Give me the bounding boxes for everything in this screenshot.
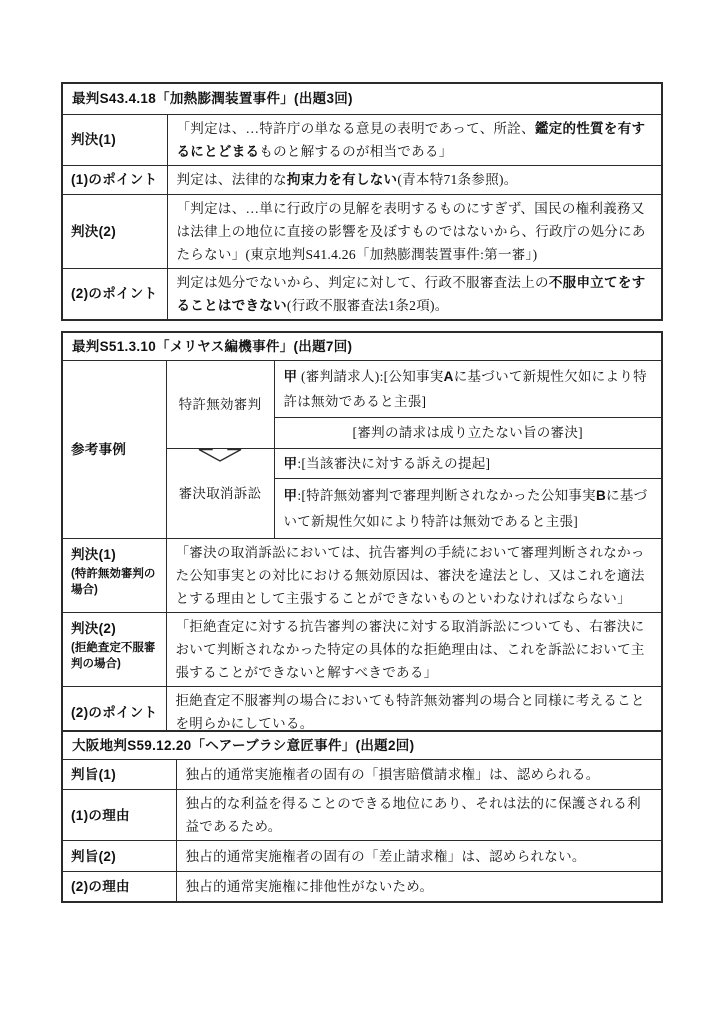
row-content-judgment-2: 「拒絶査定に対する抗告審判の審決に対する取消訴訟についても、右審決において判断さ…	[166, 613, 662, 687]
hairbrush-design-case-table: 大阪地判S59.12.20「ヘアーブラシ意匠事件」(出題2回) 判旨(1) 独占…	[61, 730, 663, 903]
table-title: 大阪地判S59.12.20「ヘアーブラシ意匠事件」(出題2回)	[62, 731, 662, 760]
row-label-reference-example: 参考事例	[62, 361, 166, 539]
document-page: 最判S43.4.18「加熱膨潤装置事件」(出題3回) 判決(1) 「判定は、…特…	[0, 0, 723, 1024]
row-content-judgment-2: 「判定は、…単に行政庁の見解を表明するものにすぎず、国民の権利義務又は法律上の地…	[167, 194, 662, 268]
row-label-holding-1: 判旨(1)	[62, 760, 176, 790]
row-label-point-1: (1)のポイント	[62, 165, 167, 194]
row-label-judgment-2: 判決(2)	[62, 194, 167, 268]
row-content-judgment-1: 「審決の取消訴訟においては、抗告審判の手続において審理判断されなかった公知事実と…	[166, 539, 662, 613]
row-content-reason-2: 独占的通常実施権に排他性がないため。	[176, 872, 662, 902]
row-content-judgment-1: 「判定は、…特許庁の単なる意見の表明であって、所詮、鑑定的性質を有するにとどまる…	[167, 114, 662, 165]
heated-swelling-device-case-table: 最判S43.4.18「加熱膨潤装置事件」(出題3回) 判決(1) 「判定は、…特…	[61, 82, 663, 321]
stage-revocation-suit-label: 審決取消訴訟	[179, 486, 262, 501]
reference-step-new-fact: 甲:[特許無効審判で審理判断されなかった公知事実Bに基づいて新規性欠如により特許…	[274, 479, 662, 539]
stage-invalidation-trial: 特許無効審判	[166, 361, 274, 449]
row-label-reason-1: (1)の理由	[62, 790, 176, 841]
row-sublabel-text: (特許無効審判の場合)	[71, 566, 162, 598]
row-label-point-2: (2)のポイント	[62, 268, 167, 320]
reference-step-suit-filing: 甲:[当該審決に対する訴えの提起]	[274, 448, 662, 479]
meriyasu-knitting-machine-case-table: 最判S51.3.10「メリヤス編機事件」(出題7回) 参考事例 特許無効審判 甲…	[61, 331, 663, 739]
table-title: 最判S43.4.18「加熱膨潤装置事件」(出題3回)	[62, 83, 662, 114]
row-label-judgment-1: 判決(1)	[62, 114, 167, 165]
row-label-text: 判決(1)	[71, 543, 162, 566]
reference-step-trial-decision: [審判の請求は成り立たない旨の審決]	[274, 418, 662, 449]
stage-revocation-suit: 審決取消訴訟	[166, 448, 274, 539]
row-label-reason-2: (2)の理由	[62, 872, 176, 902]
row-content-reason-1: 独占的な利益を得ることのできる地位にあり、それは法的に保護される利益であるため。	[176, 790, 662, 841]
down-arrow-icon	[198, 448, 242, 462]
row-content-point-2: 判定は処分でないから、判定に対して、行政不服審査法上の不服申立てをすることはでき…	[167, 268, 662, 320]
reference-step-claim: 甲 (審判請求人):[公知事実Aに基づいて新規性欠如により特許は無効であると主張…	[274, 361, 662, 418]
row-content-holding-1: 独占的通常実施権者の固有の「損害賠償請求権」は、認められる。	[176, 760, 662, 790]
table-title: 最判S51.3.10「メリヤス編機事件」(出題7回)	[62, 332, 662, 361]
row-content-point-1: 判定は、法律的な拘束力を有しない(青本特71条参照)。	[167, 165, 662, 194]
row-content-holding-2: 独占的通常実施権者の固有の「差止請求権」は、認められない。	[176, 841, 662, 872]
row-label-judgment-2: 判決(2) (拒絶査定不服審判の場合)	[62, 613, 166, 687]
row-label-judgment-1: 判決(1) (特許無効審判の場合)	[62, 539, 166, 613]
row-label-text: 判決(2)	[71, 617, 162, 640]
row-label-holding-2: 判旨(2)	[62, 841, 176, 872]
row-sublabel-text: (拒絶査定不服審判の場合)	[71, 640, 162, 672]
